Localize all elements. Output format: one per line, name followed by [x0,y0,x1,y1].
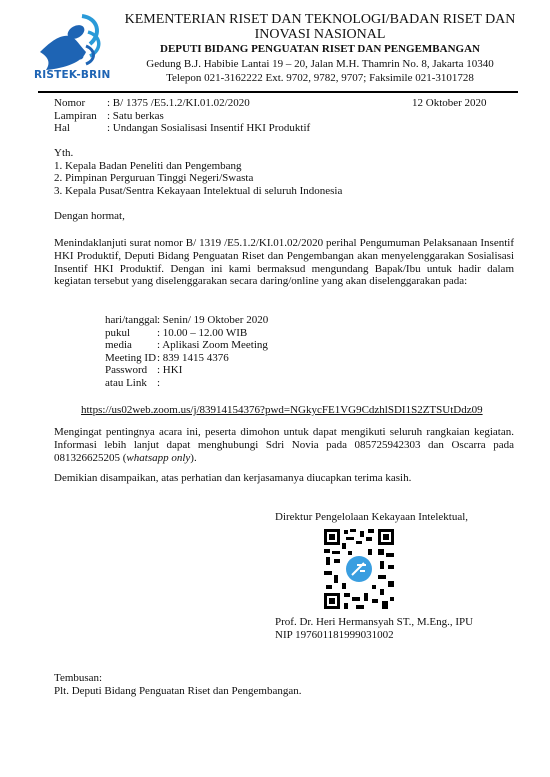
letterhead: KEMENTERIAN RISET DAN TEKNOLOGI/BADAN RI… [120,12,520,85]
schedule-value: : HKI [157,364,182,377]
signatory-nip: NIP 197601181999031002 [275,629,394,642]
recipient-item: 1. Kepala Badan Peneliti dan Pengembang [54,160,342,173]
contact-text: Mengingat pentingnya acara ini, peserta … [54,426,514,464]
letter-date: 12 Oktober 2020 [412,97,487,110]
nomor-label: Nomor [54,97,107,110]
phone: Telepon 021-3162222 Ext. 9702, 9782, 970… [120,71,520,85]
cc-label: Tembusan: [54,672,102,685]
letter-page: RISTEK-BRIN KEMENTERIAN RISET DAN TEKNOL… [0,0,550,777]
schedule-value: : [157,377,160,390]
schedule-label: Meeting ID [105,352,157,365]
schedule-label: hari/tanggal [105,314,157,327]
lampiran-label: Lampiran [54,110,107,123]
recipients: Yth. 1. Kepala Badan Peneliti dan Pengem… [54,147,342,197]
signatory-title: Direktur Pengelolaan Kekayaan Intelektua… [275,511,468,524]
schedule-value: : Aplikasi Zoom Meeting [157,339,268,352]
nomor-value: : B/ 1375 /E5.1.2/KI.01.02/2020 [107,97,250,110]
recipient-item: 2. Pimpinan Perguruan Tinggi Negeri/Swas… [54,172,342,185]
zoom-meeting-link[interactable]: https://us02web.zoom.us/j/83914154376?pw… [81,404,483,416]
opening-paragraph: Menindaklanjuti surat nomor B/ 1319 /E5.… [54,237,514,288]
whatsapp-note: whatsapp only [126,452,190,464]
recipient-item: 3. Kepala Pusat/Sentra Kekayaan Intelekt… [54,185,342,198]
hal-label: Hal [54,122,107,135]
schedule-value: : 10.00 – 12.00 WIB [157,327,247,340]
deputy-name: DEPUTI BIDANG PENGUATAN RISET DAN PENGEM… [120,42,520,57]
contact-text-end: ). [190,452,196,464]
cc-item: Plt. Deputi Bidang Penguatan Riset dan P… [54,685,301,698]
signatory-name: Prof. Dr. Heri Hermansyah ST., M.Eng., I… [275,616,473,629]
contact-paragraph: Mengingat pentingnya acara ini, peserta … [54,426,514,464]
schedule-value: : Senin/ 19 Oktober 2020 [157,314,268,327]
schedule-label: pukul [105,327,157,340]
lampiran-value: : Satu berkas [107,110,164,123]
closing-text: Demikian disampaikan, atas perhatian dan… [54,472,411,485]
event-schedule: hari/tanggal: Senin/ 19 Oktober 2020 puk… [105,314,268,389]
schedule-label: media [105,339,157,352]
hal-value: : Undangan Sosialisasi Insentif HKI Prod… [107,122,310,135]
schedule-label: Password [105,364,157,377]
letter-meta: Nomor: B/ 1375 /E5.1.2/KI.01.02/2020 Lam… [54,97,310,135]
ministry-name-line1: KEMENTERIAN RISET DAN TEKNOLOGI/BADAN RI… [120,12,520,27]
logo-text: RISTEK-BRIN [34,69,110,81]
ministry-name-line2: INOVASI NASIONAL [120,27,520,42]
schedule-value: : 839 1415 4376 [157,352,229,365]
address: Gedung B.J. Habibie Lantai 19 – 20, Jala… [120,57,520,71]
salutation: Yth. [54,147,342,160]
qr-code-icon [322,527,396,611]
header-divider [38,91,518,93]
schedule-label: atau Link [105,377,157,390]
greeting: Dengan hormat, [54,210,125,223]
